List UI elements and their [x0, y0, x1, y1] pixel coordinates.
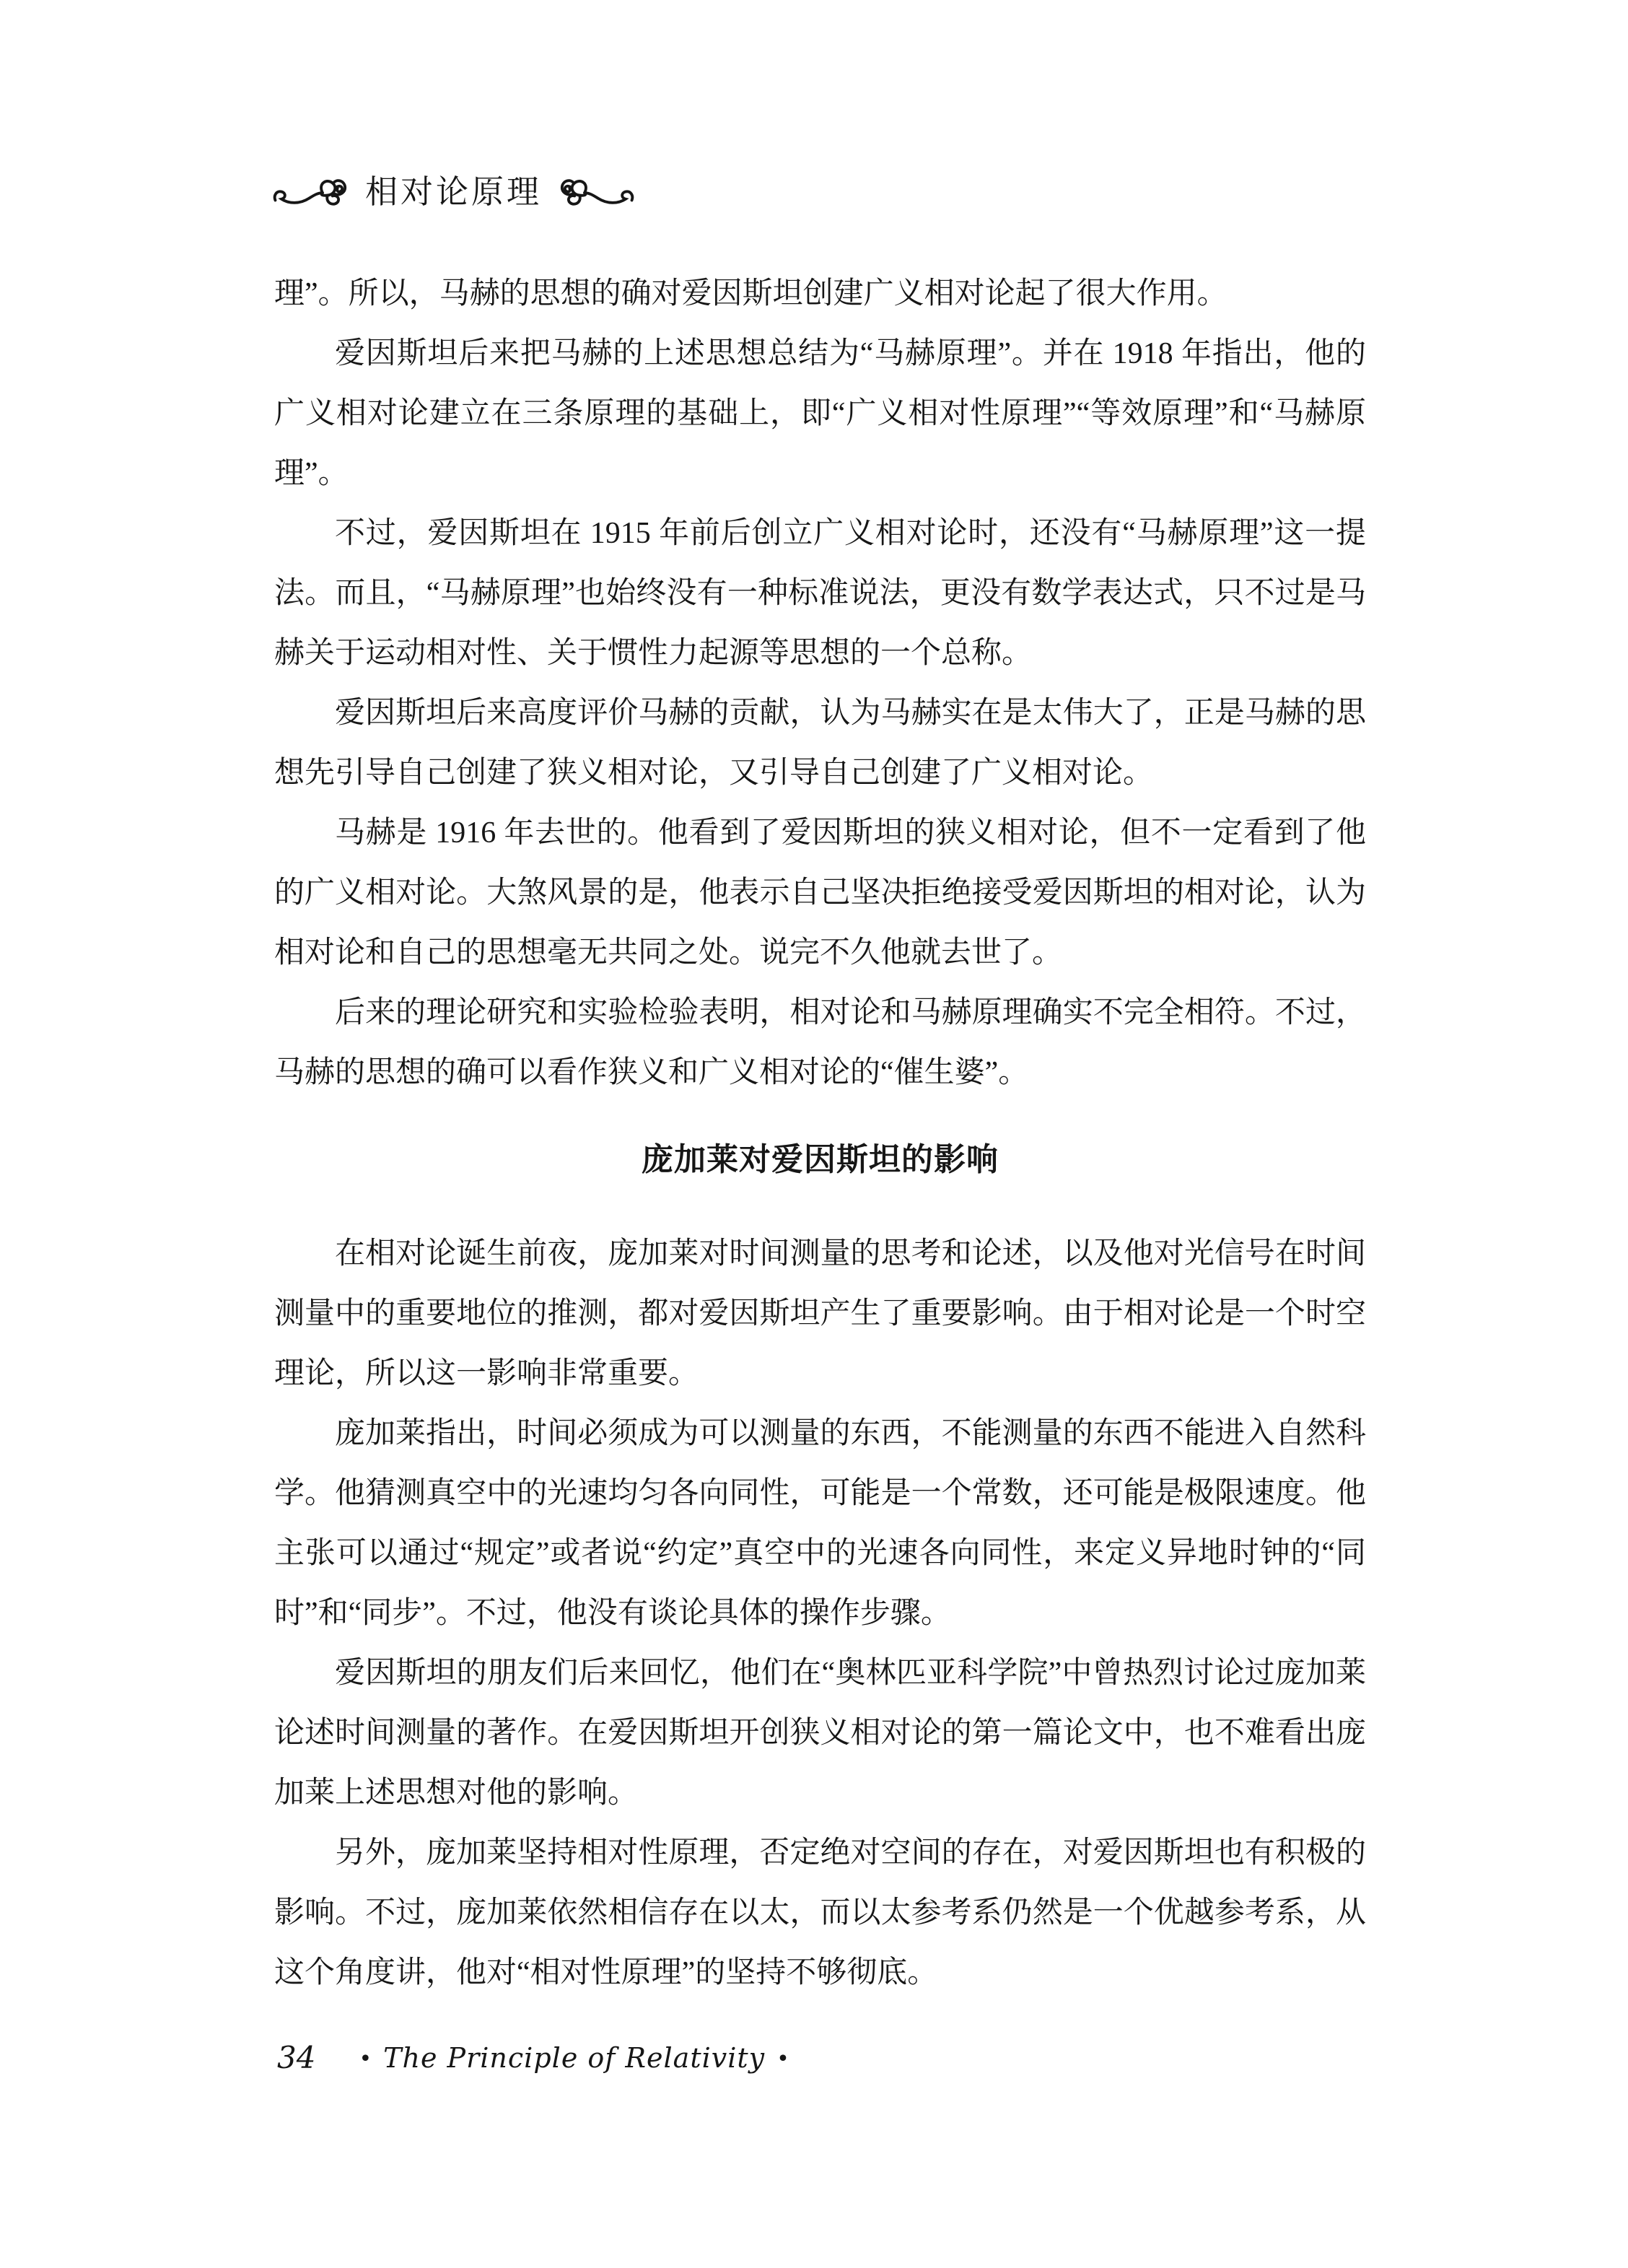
section-heading: 庞加莱对爱因斯坦的影响: [274, 1130, 1366, 1190]
page-footer: 34 • The Principle of Relativity •: [277, 2040, 801, 2075]
page-body: 理”。所以，马赫的思想的确对爱因斯坦创建广义相对论起了很大作用。 爱因斯坦后来把…: [274, 264, 1366, 2003]
paragraph: 后来的理论研究和实验检验表明，相对论和马赫原理确实不完全相符。不过，马赫的思想的…: [274, 983, 1366, 1103]
running-title: The Principle of Relativity: [383, 2042, 765, 2074]
paragraph: 不过，爱因斯坦在 1915 年前后创立广义相对论时，还没有“马赫原理”这一提法。…: [274, 504, 1366, 684]
paragraph: 爱因斯坦后来把马赫的上述思想总结为“马赫原理”。并在 1918 年指出，他的广义…: [274, 324, 1366, 504]
paragraph: 马赫是 1916 年去世的。他看到了爱因斯坦的狭义相对论，但不一定看到了他的广义…: [274, 803, 1366, 983]
paragraph: 在相对论诞生前夜，庞加莱对时间测量的思考和论述，以及他对光信号在时间测量中的重要…: [274, 1224, 1366, 1404]
flourish-right-icon: [553, 175, 634, 212]
paragraph: 理”。所以，马赫的思想的确对爱因斯坦创建广义相对论起了很大作用。: [274, 264, 1366, 324]
paragraph: 爱因斯坦的朋友们后来回忆，他们在“奥林匹亚科学院”中曾热烈讨论过庞加莱论述时间测…: [274, 1644, 1366, 1823]
paragraph: 爱因斯坦后来高度评价马赫的贡献，认为马赫实在是太伟大了，正是马赫的思想先引导自己…: [274, 684, 1366, 803]
chapter-title: 相对论原理: [365, 176, 542, 211]
bullet-icon: •: [776, 2049, 789, 2070]
paragraph: 庞加莱指出，时间必须成为可以测量的东西，不能测量的东西不能进入自然科学。他猜测真…: [274, 1404, 1366, 1644]
bullet-icon: •: [359, 2049, 372, 2070]
paragraph: 另外，庞加莱坚持相对性原理，否定绝对空间的存在，对爱因斯坦也有积极的影响。不过，…: [274, 1823, 1366, 2003]
page-number: 34: [277, 2040, 315, 2075]
chapter-header: 相对论原理: [273, 175, 634, 212]
book-page: 相对论原理 理”。所以，马赫的思想的确对爱因斯坦创建广义相对论起了很大作用。 爱…: [0, 0, 1628, 2268]
flourish-left-icon: [273, 175, 354, 212]
